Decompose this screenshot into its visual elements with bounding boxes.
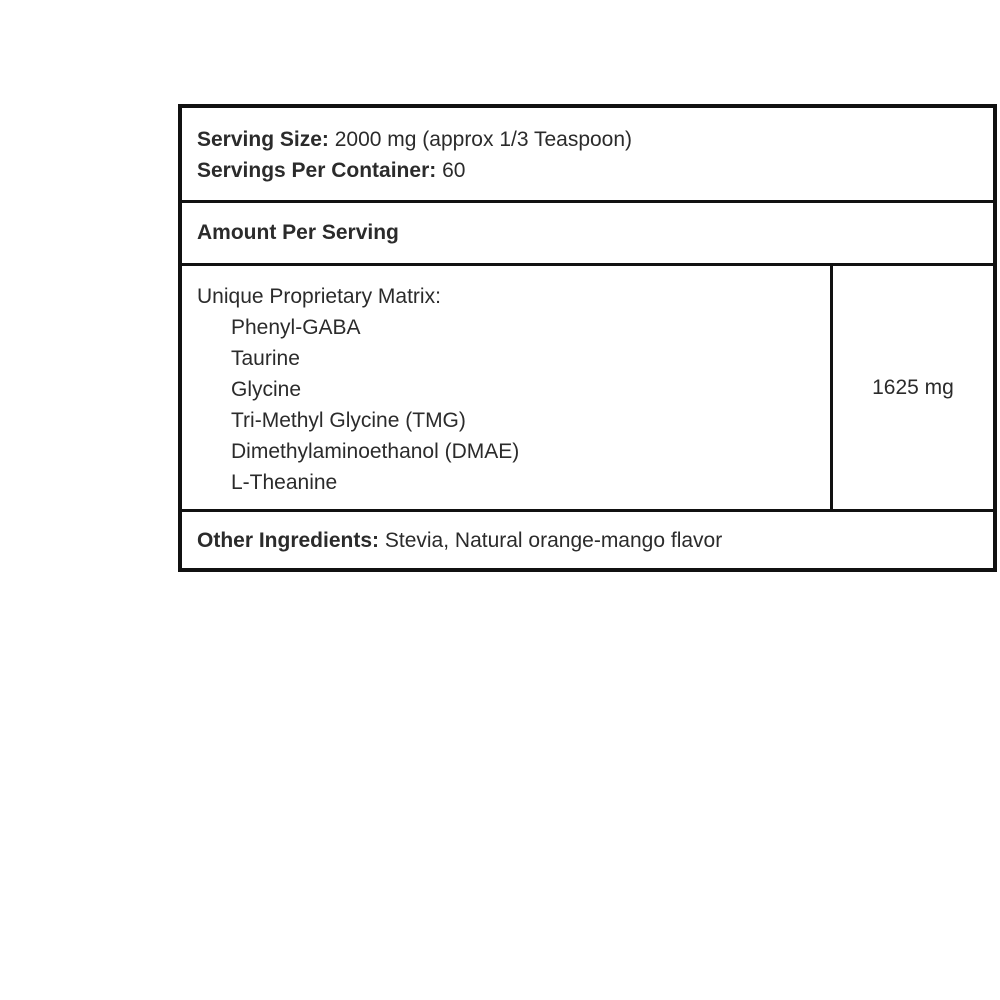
blend-ingredients-cell: Unique Proprietary Matrix: Phenyl-GABA T… — [182, 266, 833, 509]
ingredient-item: L-Theanine — [197, 467, 519, 498]
ingredient-item: Tri-Methyl Glycine (TMG) — [197, 405, 519, 436]
amount-per-serving-heading: Amount Per Serving — [197, 221, 399, 244]
ingredient-item: Phenyl-GABA — [197, 312, 519, 343]
serving-info-row: Serving Size: 2000 mg (approx 1/3 Teaspo… — [182, 108, 993, 203]
supplement-facts-panel: Serving Size: 2000 mg (approx 1/3 Teaspo… — [178, 104, 997, 572]
amount-header-row: Amount Per Serving — [182, 203, 993, 266]
other-ingredients-label: Other Ingredients: — [197, 529, 379, 552]
ingredient-item: Glycine — [197, 374, 519, 405]
other-ingredients-value: Stevia, Natural orange-mango flavor — [379, 529, 722, 552]
serving-size: Serving Size: 2000 mg (approx 1/3 Teaspo… — [197, 124, 632, 155]
blend-name: Unique Proprietary Matrix: — [197, 281, 519, 312]
servings-per-container-value: 60 — [436, 159, 465, 182]
servings-per-container-label: Servings Per Container: — [197, 159, 436, 182]
serving-size-label: Serving Size: — [197, 128, 329, 151]
serving-size-value: 2000 mg (approx 1/3 Teaspoon) — [329, 128, 632, 151]
servings-per-container: Servings Per Container: 60 — [197, 155, 632, 186]
ingredient-item: Taurine — [197, 343, 519, 374]
proprietary-blend-row: Unique Proprietary Matrix: Phenyl-GABA T… — [182, 266, 993, 512]
blend-amount: 1625 mg — [833, 266, 993, 509]
other-ingredients-row: Other Ingredients: Stevia, Natural orang… — [182, 512, 993, 568]
ingredient-item: Dimethylaminoethanol (DMAE) — [197, 436, 519, 467]
